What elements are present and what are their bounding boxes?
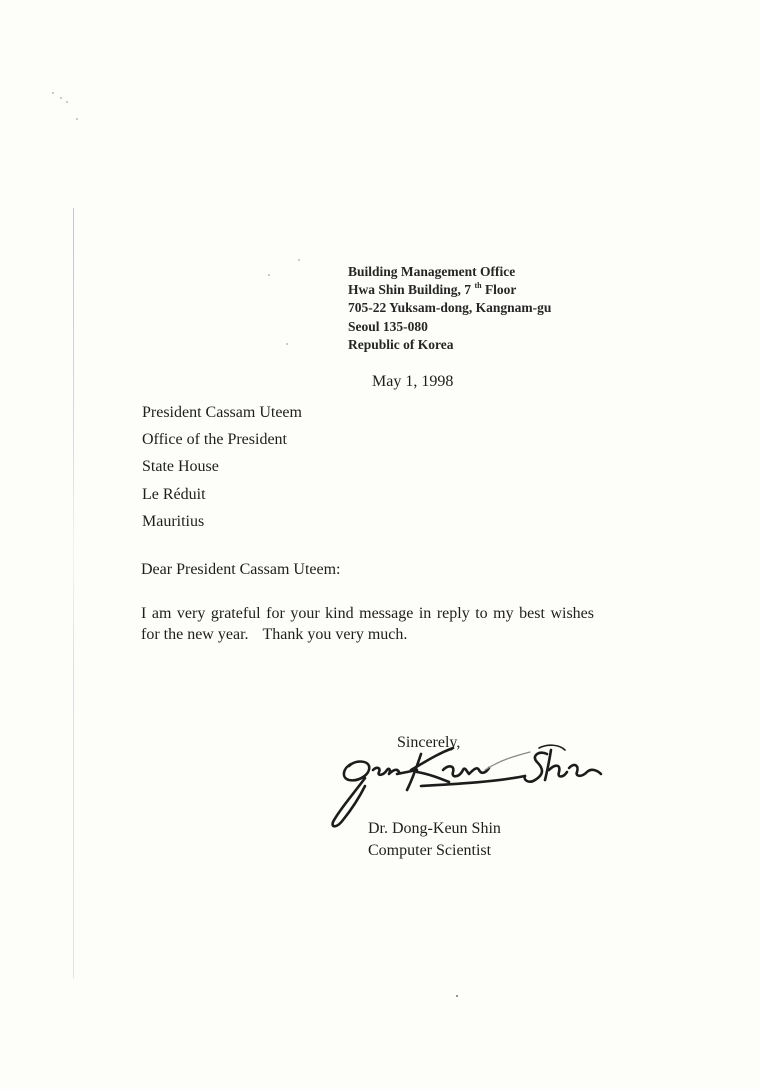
letter-page: Building Management Office Hwa Shin Buil… — [0, 0, 760, 1089]
sender-line-3: 705-22 Yuksam-dong, Kangnam-gu — [348, 299, 551, 317]
scan-edge-line — [73, 208, 74, 978]
sender-line-5: Republic of Korea — [348, 336, 551, 354]
scan-speck — [76, 118, 78, 120]
sender-line-1: Building Management Office — [348, 263, 551, 281]
scan-speck — [60, 97, 62, 99]
sender-line-2: Hwa Shin Building, 7 th Floor — [348, 281, 551, 299]
scan-speck — [66, 101, 68, 103]
sender-address: Building Management Office Hwa Shin Buil… — [348, 263, 551, 354]
sender-line-4: Seoul 135-080 — [348, 318, 551, 336]
signer-block: Dr. Dong-Keun Shin Computer Scientist — [368, 818, 501, 861]
salutation: Dear President Cassam Uteem: — [141, 560, 341, 580]
body-sentence-2: Thank you very much. — [263, 626, 408, 643]
recipient-line: Office of the President — [142, 426, 302, 453]
recipient-line: Le Réduit — [142, 481, 302, 508]
scan-speck — [298, 259, 300, 261]
scan-speck — [52, 92, 54, 94]
letter-body: I am very grateful for your kind message… — [141, 604, 594, 645]
recipient-address: President Cassam Uteem Office of the Pre… — [142, 399, 302, 535]
scan-speck — [286, 343, 288, 345]
scan-speck — [456, 995, 458, 997]
signer-name: Dr. Dong-Keun Shin — [368, 818, 501, 840]
signer-title: Computer Scientist — [368, 840, 501, 862]
recipient-line: State House — [142, 453, 302, 480]
recipient-line: Mauritius — [142, 508, 302, 535]
recipient-line: President Cassam Uteem — [142, 399, 302, 426]
letter-date: May 1, 1998 — [372, 372, 453, 392]
scan-speck — [268, 274, 270, 276]
